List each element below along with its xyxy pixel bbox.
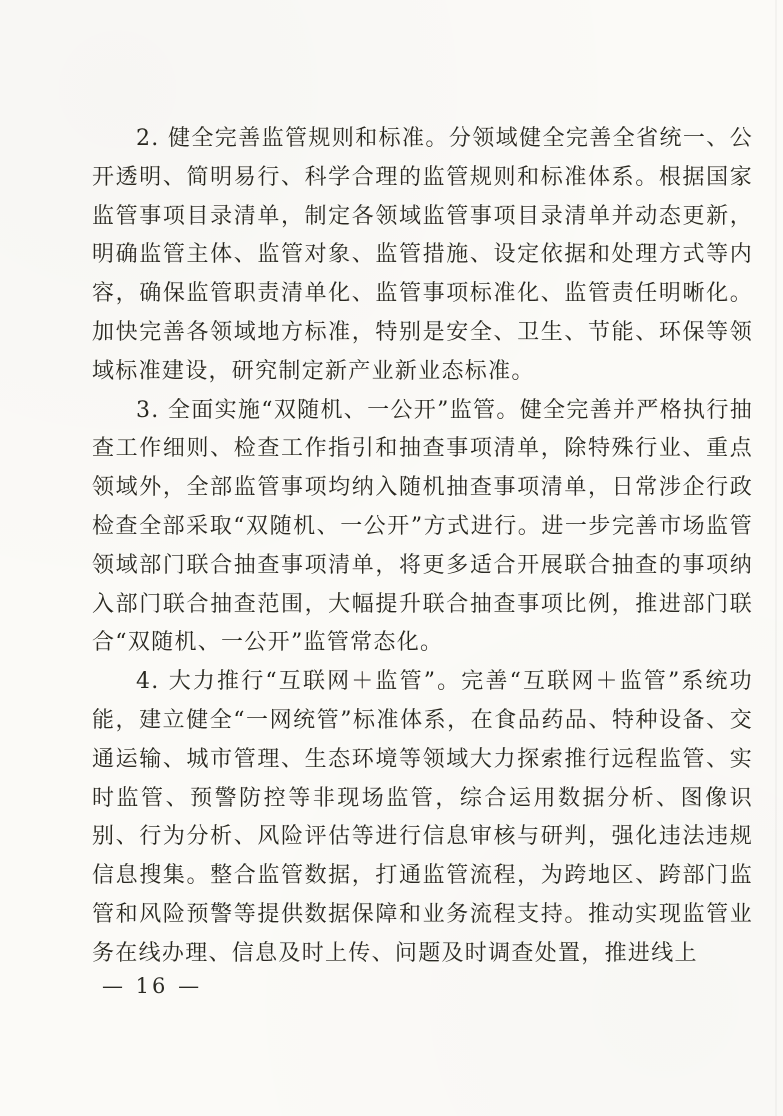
paragraph-item-3: 3. 全面实施“双随机、一公开”监管。健全完善并严格执行抽查工作细则、检查工作指… bbox=[92, 392, 753, 664]
paragraph-item-2: 2. 健全完善监管规则和标准。分领域健全完善全省统一、公开透明、简明易行、科学合… bbox=[92, 120, 753, 392]
document-page: 2. 健全完善监管规则和标准。分领域健全完善全省统一、公开透明、简明易行、科学合… bbox=[0, 0, 783, 1116]
page-number: — 16 — bbox=[102, 974, 202, 998]
document-body: 2. 健全完善监管规则和标准。分领域健全完善全省统一、公开透明、简明易行、科学合… bbox=[92, 120, 753, 974]
paragraph-item-4: 4. 大力推行“互联网＋监管”。完善“互联网＋监管”系统功能，建立健全“一网统管… bbox=[92, 663, 753, 973]
